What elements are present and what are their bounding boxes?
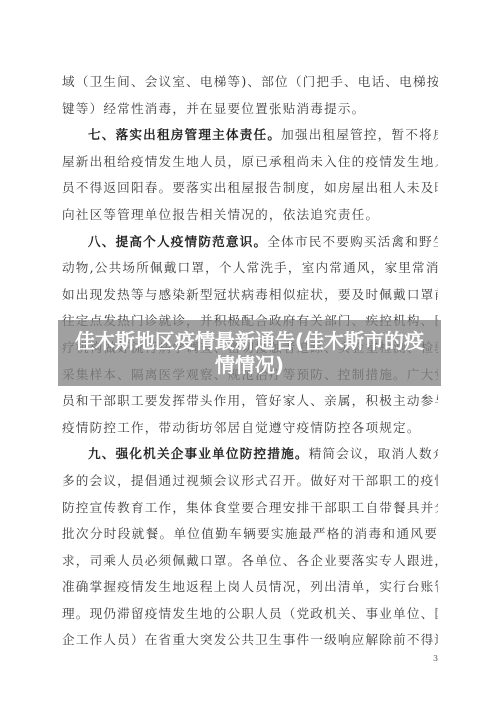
section-heading-8: 八、提高个人疫情防范意识。 <box>88 234 267 249</box>
section-heading-line: 八、提高个人疫情防范意识。全体市民不要购买活禽和野生 <box>62 229 438 256</box>
text-line: 屋新出租给疫情发生地人员，原已承租尚未入住的疫情发生地人 <box>62 149 438 176</box>
text-line: 员不得返回阳春。要落实出租屋报告制度，如房屋出租人未及时 <box>62 175 438 202</box>
text-line: 如出现发热等与感染新型冠状病毒相似症状，要及时佩戴口罩前 <box>62 282 438 309</box>
text-line: 向社区等管理单位报告相关情况的，依法追究责任。 <box>62 202 438 229</box>
section-heading-line: 九、强化机关企事业单位防控措施。精简会议，取消人数众 <box>62 441 438 468</box>
text-line: 企工作人员）在省重大突发公共卫生事件一级响应解除前不得返 <box>62 627 438 654</box>
text-line: 疫情防控工作，带动街坊邻居自觉遵守疫情防控各项规定。 <box>62 415 438 442</box>
section-heading-9: 九、强化机关企事业单位防控措施。 <box>88 446 309 461</box>
text-line: 员和干部职工要发挥带头作用，管好家人、亲属，积极主动参与 <box>62 388 438 415</box>
text-line: 域（卫生间、会议室、电梯等)、部位（门把手、电话、电梯按 <box>62 69 438 96</box>
text-line: 批次分时段就餐。单位值勤车辆要实施最严格的消毒和通风要 <box>62 521 438 548</box>
page-number: 3 <box>433 654 438 663</box>
text-line: 理。现仍滞留疫情发生地的公职人员（党政机关、事业单位、国 <box>62 601 438 628</box>
text-line: 动物,公共场所佩戴口罩，个人常洗手，室内常通风，家里常消毒。 <box>62 255 438 282</box>
text-line: 键等）经常性消毒，并在显要位置张贴消毒提示。 <box>62 96 438 123</box>
section-heading-line: 七、落实出租房管理主体责任。加强出租屋管控，暂不将房 <box>62 122 438 149</box>
document-page: 域（卫生间、会议室、电梯等)、部位（门把手、电话、电梯按 键等）经常性消毒，并在… <box>0 0 500 707</box>
section-text: 加强出租屋管控，暂不将房 <box>281 127 438 142</box>
section-text: 全体市民不要购买活禽和野生 <box>267 234 438 249</box>
text-line: 防控宣传教育工作，集体食堂要合理安排干部职工自带餐具并分 <box>62 495 438 522</box>
section-heading-7: 七、落实出租房管理主体责任。 <box>88 127 281 142</box>
text-line: 准确掌握疫情发生地返程上岗人员情况，列出清单，实行台账管 <box>62 574 438 601</box>
title-overlay-banner: 佳木斯地区疫情最新通告(佳木斯市的疫情情况) <box>58 320 441 386</box>
text-line: 求，司乘人员必须佩戴口罩。各单位、各企业要落实专人跟进， <box>62 548 438 575</box>
text-line: 多的会议，提倡通过视频会议形式召开。做好对干部职工的疫情 <box>62 468 438 495</box>
section-text: 精简会议，取消人数众 <box>309 446 438 461</box>
overlay-title: 佳木斯地区疫情最新通告(佳木斯市的疫情情况) <box>70 329 430 377</box>
